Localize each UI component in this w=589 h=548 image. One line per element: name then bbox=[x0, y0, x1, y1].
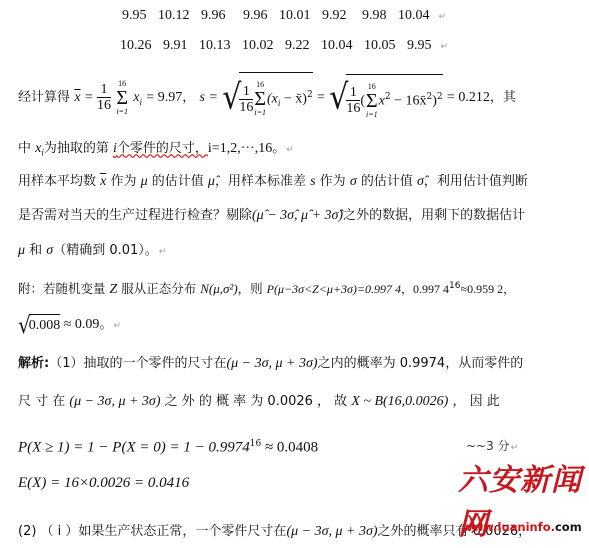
sqrt-expression-1: √11616Σi=1(xi − x̄)2 bbox=[222, 72, 312, 123]
mean-value: = 9.97 bbox=[146, 90, 182, 105]
analysis-formula-expectation: E(X) = 16×0.0026 = 0.0416 bbox=[18, 474, 189, 492]
data-value: 10.02 bbox=[242, 38, 274, 54]
question-line-2: 是否需对当天的生产过程进行检查？剔除(μ̂ − 3σ̂, μ̂ + 3σ̂)之外… bbox=[18, 207, 525, 225]
return-mark-icon: ↵ bbox=[286, 145, 294, 155]
document-page: 9.95 10.12 9.96 9.96 10.01 9.92 9.98 10.… bbox=[0, 0, 589, 548]
return-mark-icon: ↵ bbox=[113, 321, 121, 331]
s-label: s = bbox=[200, 90, 218, 105]
appendix-note: 附：若随机变量 Z 服从正态分布 N(μ,σ²)，则 P(μ−3σ<Z<μ+3σ… bbox=[18, 277, 515, 299]
analysis-formula-probability: P(X ≥ 1) = 1 − P(X = 0) = 1 − 0.997416 ≈… bbox=[18, 435, 318, 457]
data-value: 10.13 bbox=[199, 38, 231, 54]
xbar-symbol: x bbox=[74, 90, 80, 105]
score-note: ~~3 分↵ bbox=[466, 437, 518, 457]
data-value: 10.04 bbox=[321, 38, 353, 54]
sqrt-icon: √0.008 bbox=[18, 314, 60, 335]
data-value: 10.05 bbox=[364, 38, 396, 54]
data-value: 9.95 bbox=[407, 38, 432, 54]
stats-intro: 经计算得 bbox=[18, 90, 70, 105]
data-value: 9.95 bbox=[122, 8, 147, 24]
s-value: = 0.212 bbox=[447, 90, 490, 105]
return-mark-icon: ↵ bbox=[439, 12, 447, 22]
question-line-1: 用样本平均数 x 作为 μ 的估计值 μ̂，用样本标准差 s 作为 σ 的估计值… bbox=[18, 173, 528, 191]
analysis-line-2: 尺 寸 在 (μ − 3σ, μ + 3σ) 之 外 的 概 率 为 0.002… bbox=[18, 393, 500, 411]
summation-icon: 16Σi=1 bbox=[116, 79, 128, 117]
data-value: 9.91 bbox=[163, 38, 188, 54]
data-value: 10.04 bbox=[398, 8, 430, 24]
data-value: 9.92 bbox=[322, 8, 347, 24]
sqrt-expression-2: √116(16Σi=1x2 − 16x̄2)2 bbox=[329, 74, 442, 122]
data-value: 9.98 bbox=[362, 8, 387, 24]
data-value: 10.01 bbox=[279, 8, 311, 24]
question-line-3: μ 和 σ（精确到 0.01）。↵ bbox=[18, 242, 166, 261]
data-value: 9.96 bbox=[243, 8, 268, 24]
return-mark-icon: ↵ bbox=[159, 247, 167, 257]
fraction-1-16: 116 bbox=[97, 82, 111, 113]
definition-line: 中 xi为抽取的第 i个零件的尺寸，i=1,2,···,16。↵ bbox=[18, 140, 294, 162]
data-row-1: 9.95 10.12 9.96 9.96 10.01 9.92 9.98 10.… bbox=[122, 8, 446, 24]
data-value: 10.26 bbox=[120, 38, 152, 54]
analysis-line-5: (2) （ i ）如果生产状态正常，一个零件尺寸在(μ − 3σ, μ + 3σ… bbox=[18, 523, 531, 541]
analysis-line-1: 解析:（1）抽取的一个零件的尺寸在(μ − 3σ, μ + 3σ)之内的概率为 … bbox=[18, 355, 523, 373]
data-row-2: 10.26 9.91 10.13 10.02 9.22 10.04 10.05 … bbox=[120, 38, 448, 54]
watermark-url: www.luaninfo.com bbox=[462, 520, 582, 534]
return-mark-icon: ↵ bbox=[511, 443, 519, 453]
data-value: 10.12 bbox=[158, 8, 190, 24]
data-value: 9.22 bbox=[285, 38, 310, 54]
stats-line: 经计算得 x = 116 16Σi=1 xi = 9.97， s = √1161… bbox=[18, 72, 516, 123]
analysis-label: 解析: bbox=[18, 356, 49, 371]
data-value: 9.96 bbox=[201, 8, 226, 24]
appendix-note-2: √0.008 ≈ 0.09。↵ bbox=[18, 314, 121, 335]
return-mark-icon: ↵ bbox=[441, 42, 449, 52]
